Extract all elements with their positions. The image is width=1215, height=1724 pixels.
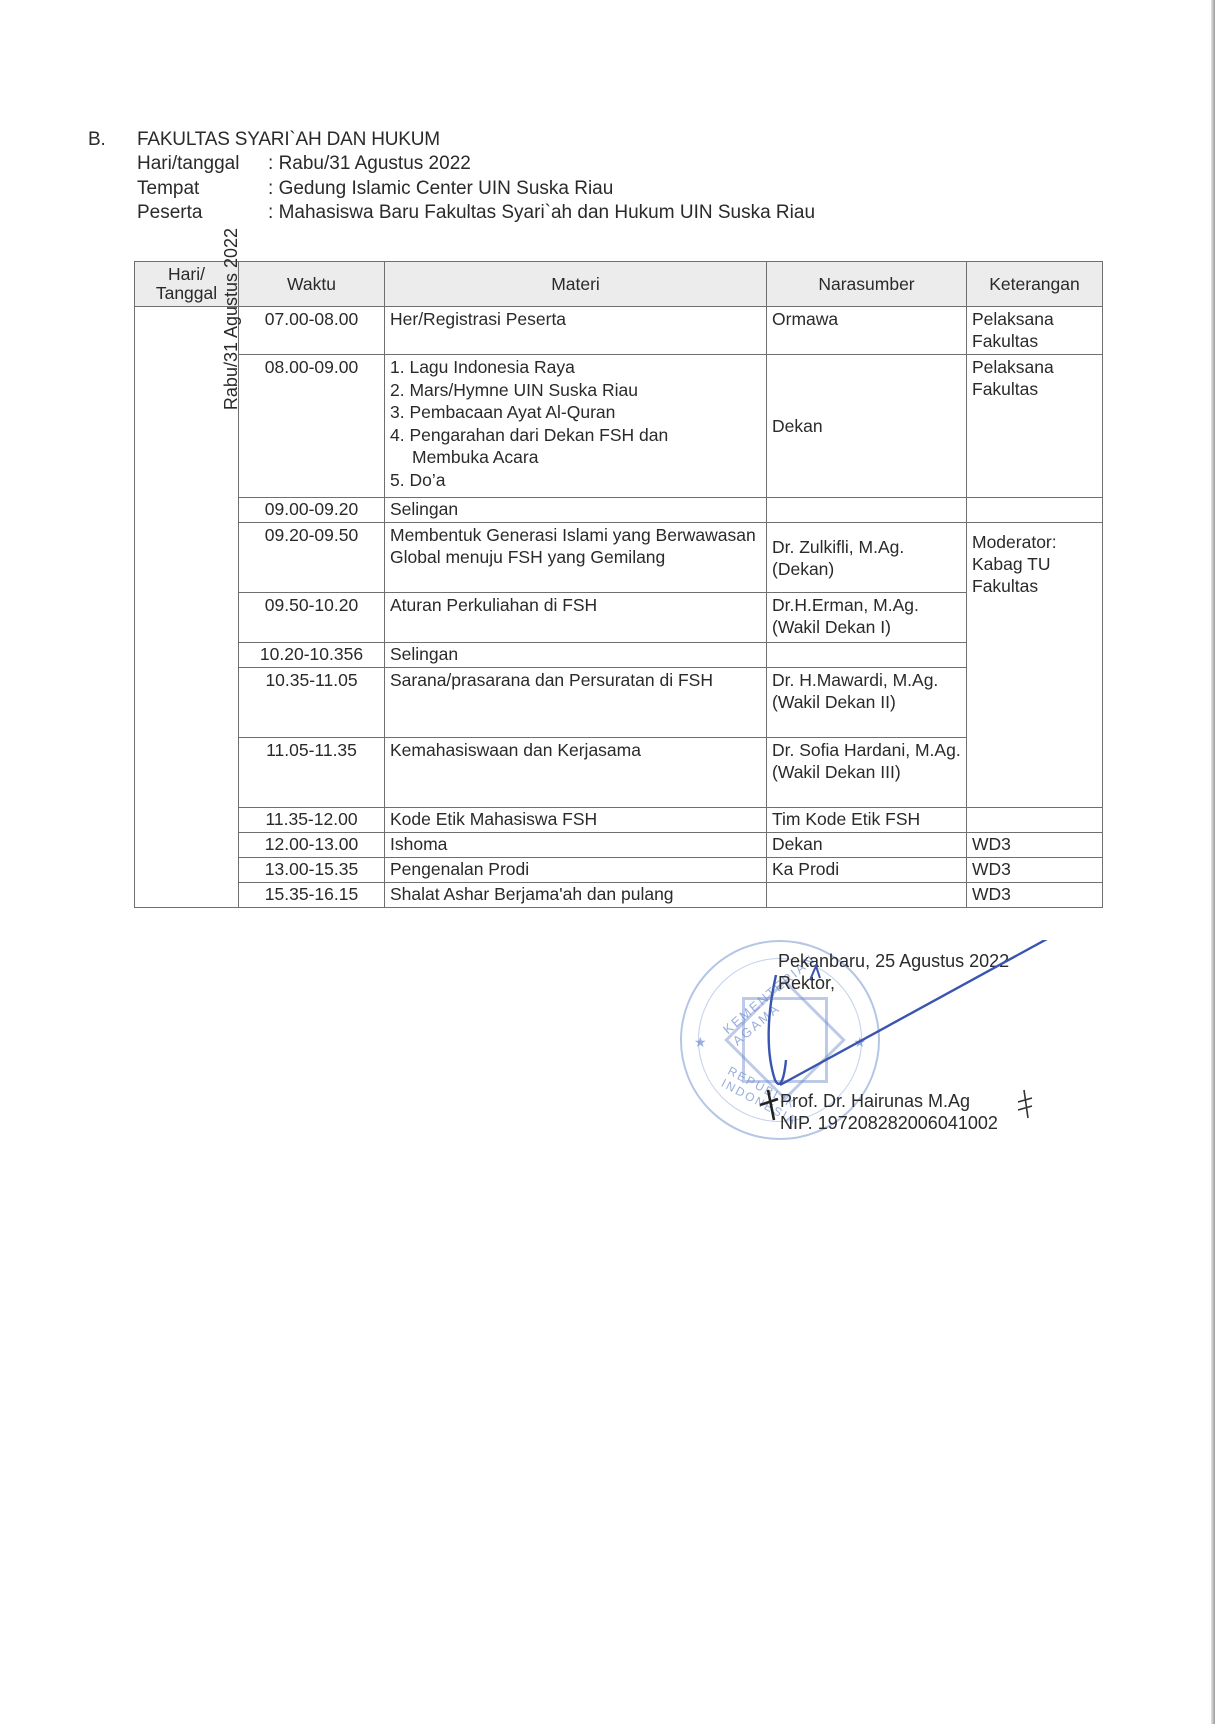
narasumber-cell: Dekan [767,833,967,858]
table-row: 11.35-12.00 Kode Etik Mahasiswa FSH Tim … [135,808,1103,833]
time-cell: 13.00-15.35 [239,858,385,883]
day-cell: Rabu/31 Agustus 2022 [135,307,239,908]
materi-cell: Selingan [385,643,767,668]
time-cell: 09.50-10.20 [239,593,385,643]
section-title: FAKULTAS SYARI`AH DAN HUKUM [137,128,440,152]
info-row-participants: Peserta Mahasiswa Baru Fakultas Syari`ah… [137,201,815,226]
time-cell: 11.35-12.00 [239,808,385,833]
time-cell: 15.35-16.15 [239,883,385,908]
header-day-line1: Hari/ [168,264,205,284]
info-row-date: Hari/tanggal Rabu/31 Agustus 2022 [137,152,815,177]
keterangan-cell [967,808,1103,833]
list-item: 5. Do’a [390,469,761,492]
materi-cell: Selingan [385,498,767,523]
materi-cell: 1. Lagu Indonesia Raya 2. Mars/Hymne UIN… [385,355,767,498]
section-letter: B. [88,128,137,152]
materi-cell: Aturan Perkuliahan di FSH [385,593,767,643]
section-heading: B. FAKULTAS SYARI`AH DAN HUKUM [88,128,440,152]
narasumber-cell: Dr. Zulkifli, M.Ag. (Dekan) [767,523,967,593]
table-header-row: Hari/ Tanggal Waktu Materi Narasumber Ke… [135,262,1103,307]
schedule-table: Hari/ Tanggal Waktu Materi Narasumber Ke… [134,261,1103,908]
narasumber-cell [767,883,967,908]
header-keterangan: Keterangan [967,262,1103,307]
materi-cell: Her/Registrasi Peserta [385,307,767,355]
day-label: Rabu/31 Agustus 2022 [220,228,242,410]
signatory-name: Prof. Dr. Hairunas M.Ag [780,1090,970,1112]
table-row: 13.00-15.35 Pengenalan Prodi Ka Prodi WD… [135,858,1103,883]
signatory-nip: NIP. 197208282006041002 [780,1112,998,1134]
materi-cell: Sarana/prasarana dan Persuratan di FSH [385,668,767,738]
keterangan-cell: WD3 [967,883,1103,908]
table-row: 10.20-10.356 Selingan [135,643,1103,668]
materi-cell: Kemahasiswaan dan Kerjasama [385,738,767,808]
keterangan-cell: Pelaksana Fakultas [967,307,1103,355]
header-time: Waktu [239,262,385,307]
list-item: 2. Mars/Hymne UIN Suska Riau [390,379,761,402]
materi-cell: Shalat Ashar Berjama'ah dan pulang [385,883,767,908]
info-row-place: Tempat Gedung Islamic Center UIN Suska R… [137,177,815,202]
info-value: Rabu/31 Agustus 2022 [268,152,471,177]
narasumber-cell: Ka Prodi [767,858,967,883]
time-cell: 09.20-09.50 [239,523,385,593]
table-row: 09.20-09.50 Membentuk Generasi Islami ya… [135,523,1103,593]
info-label: Peserta [137,201,268,226]
list-item: 4. Pengarahan dari Dekan FSH dan [390,424,761,447]
table-row: 09.50-10.20 Aturan Perkuliahan di FSH Dr… [135,593,1103,643]
keterangan-cell: Pelaksana Fakultas [967,355,1103,498]
signature-block: KEMENTERIAN AGAMA REPUBLIK INDONESIA ★ ★… [680,940,1100,1160]
narasumber-cell: Dr. Sofia Hardani, M.Ag. (Wakil Dekan II… [767,738,967,808]
header-materi: Materi [385,262,767,307]
narasumber-cell: Dr.H.Erman, M.Ag. (Wakil Dekan I) [767,593,967,643]
page-edge-shadow [1211,0,1215,1724]
list-item: 1. Lagu Indonesia Raya [390,356,761,379]
time-cell: 07.00-08.00 [239,307,385,355]
event-info: Hari/tanggal Rabu/31 Agustus 2022 Tempat… [137,152,815,226]
keterangan-cell: WD3 [967,858,1103,883]
time-cell: 12.00-13.00 [239,833,385,858]
narasumber-cell: Tim Kode Etik FSH [767,808,967,833]
info-value: Mahasiswa Baru Fakultas Syari`ah dan Huk… [268,201,815,226]
materi-cell: Ishoma [385,833,767,858]
opening-agenda-list: 1. Lagu Indonesia Raya 2. Mars/Hymne UIN… [390,356,761,491]
table-row: 09.00-09.20 Selingan [135,498,1103,523]
keterangan-cell: Moderator: Kabag TU Fakultas [967,523,1103,808]
header-narasumber: Narasumber [767,262,967,307]
list-item: 3. Pembacaan Ayat Al-Quran [390,401,761,424]
info-label: Hari/tanggal [137,152,268,177]
header-day-line2: Tanggal [156,283,217,303]
table-row: Rabu/31 Agustus 2022 07.00-08.00 Her/Reg… [135,307,1103,355]
table-row: 15.35-16.15 Shalat Ashar Berjama'ah dan … [135,883,1103,908]
table-row: 11.05-11.35 Kemahasiswaan dan Kerjasama … [135,738,1103,808]
time-cell: 11.05-11.35 [239,738,385,808]
time-cell: 10.35-11.05 [239,668,385,738]
table-row: 08.00-09.00 1. Lagu Indonesia Raya 2. Ma… [135,355,1103,498]
list-item: Membuka Acara [390,446,761,469]
materi-cell: Pengenalan Prodi [385,858,767,883]
narasumber-cell: Ormawa [767,307,967,355]
time-cell: 10.20-10.356 [239,643,385,668]
info-label: Tempat [137,177,268,202]
time-cell: 09.00-09.20 [239,498,385,523]
info-value: Gedung Islamic Center UIN Suska Riau [268,177,613,202]
narasumber-cell [767,643,967,668]
narasumber-cell [767,498,967,523]
keterangan-cell: WD3 [967,833,1103,858]
narasumber-cell: Dr. H.Mawardi, M.Ag. (Wakil Dekan II) [767,668,967,738]
materi-cell: Kode Etik Mahasiswa FSH [385,808,767,833]
materi-cell: Membentuk Generasi Islami yang Berwawasa… [385,523,767,593]
narasumber-cell: Dekan [767,355,967,498]
table-row: 10.35-11.05 Sarana/prasarana dan Persura… [135,668,1103,738]
table-row: 12.00-13.00 Ishoma Dekan WD3 [135,833,1103,858]
keterangan-cell [967,498,1103,523]
time-cell: 08.00-09.00 [239,355,385,498]
